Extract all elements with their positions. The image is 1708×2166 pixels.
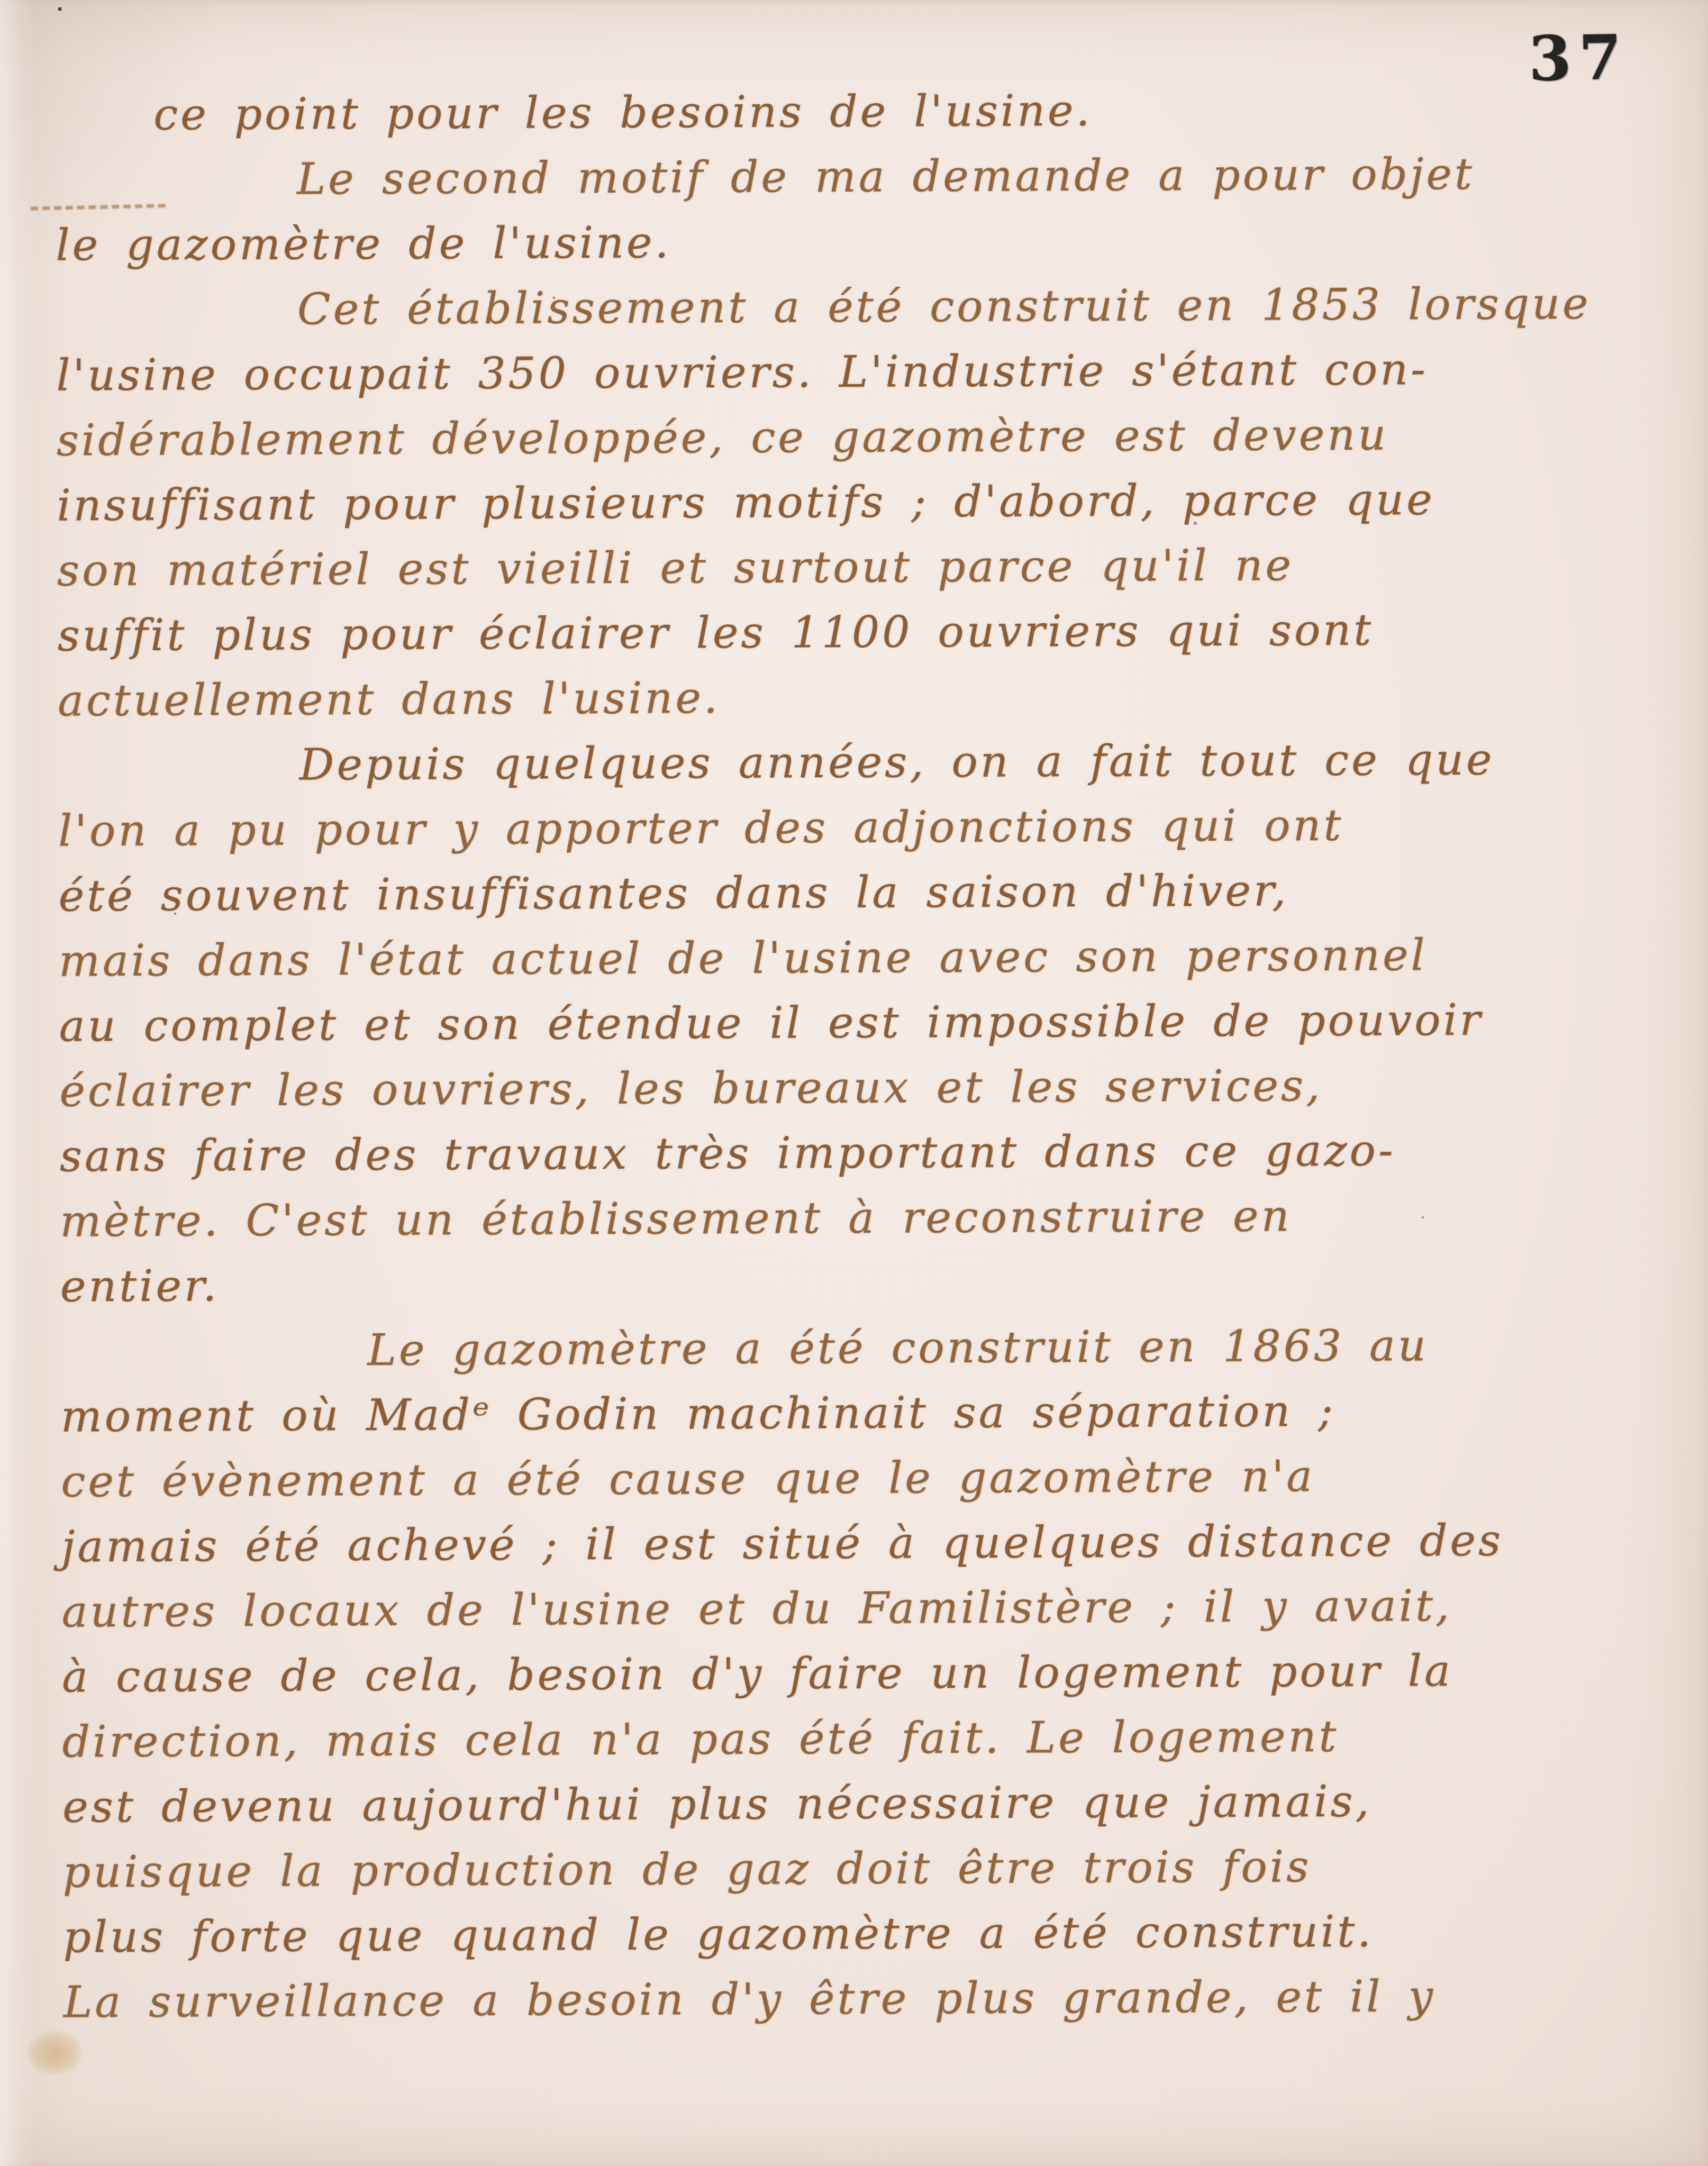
manuscript-line: est devenu aujourd'hui plus nécessaire q… <box>3 1768 1680 1840</box>
manuscript-line: au complet et son étendue il est impossi… <box>0 987 1676 1059</box>
manuscript-line: mais dans l'état actuel de l'usine avec … <box>0 922 1676 994</box>
manuscript-line: actuellement dans l'usine. <box>0 661 1675 734</box>
manuscript-line: sidérablement développée, ce gazomètre e… <box>0 401 1674 474</box>
manuscript-line: son matériel est vieilli et surtout parc… <box>0 531 1674 604</box>
manuscript-line: le gazomètre de l'usine. <box>0 206 1673 278</box>
manuscript-line: cet évènement a été cause que le gazomèt… <box>2 1442 1678 1515</box>
manuscript-line: Le gazomètre a été construit en 1863 au <box>1 1312 1678 1385</box>
manuscript-text: ce point pour les besoins de l'usine. Le… <box>0 76 1680 2035</box>
manuscript-line: suffit plus pour éclairer les 1100 ouvri… <box>0 596 1675 669</box>
paper-stain <box>28 2031 83 2075</box>
manuscript-line: entier. <box>1 1247 1678 1319</box>
manuscript-line: jamais été achevé ; il est situé à quelq… <box>2 1507 1679 1580</box>
manuscript-line: moment où Madᵉ Godin machinait sa sépara… <box>2 1377 1678 1450</box>
manuscript-line: l'on a pu pour y apporter des adjonction… <box>0 791 1675 864</box>
manuscript-line: été souvent insuffisantes dans la saison… <box>0 857 1676 929</box>
paper-specks <box>0 0 1 1</box>
manuscript-page: 37 ce point pour les besoins de l'usine.… <box>0 0 1708 2166</box>
manuscript-line: Le second motif de ma demande a pour obj… <box>0 141 1673 213</box>
manuscript-line: autres locaux de l'usine et du Familistè… <box>2 1572 1679 1645</box>
manuscript-line: l'usine occupait 350 ouvriers. L'industr… <box>0 336 1674 408</box>
manuscript-line: plus forte que quand le gazomètre a été … <box>4 1898 1680 1970</box>
manuscript-line: puisque la production de gaz doit être t… <box>3 1833 1680 1905</box>
manuscript-line: à cause de cela, besoin d'y faire un log… <box>3 1637 1679 1710</box>
manuscript-line: La surveillance a besoin d'y être plus g… <box>4 1963 1681 2035</box>
manuscript-line: sans faire des travaux très important da… <box>1 1117 1677 1189</box>
manuscript-line: mètre. C'est un établissement à reconstr… <box>1 1182 1677 1254</box>
manuscript-line: éclairer les ouvriers, les bureaux et le… <box>0 1052 1677 1124</box>
manuscript-line: ce point pour les besoins de l'usine. <box>0 76 1672 148</box>
manuscript-line: Cet établissement a été construit en 185… <box>0 271 1673 343</box>
manuscript-line: insuffisant pour plusieurs motifs ; d'ab… <box>0 466 1674 539</box>
manuscript-line: direction, mais cela n'a pas été fait. L… <box>3 1703 1679 1775</box>
manuscript-line: Depuis quelques années, on a fait tout c… <box>0 726 1675 799</box>
